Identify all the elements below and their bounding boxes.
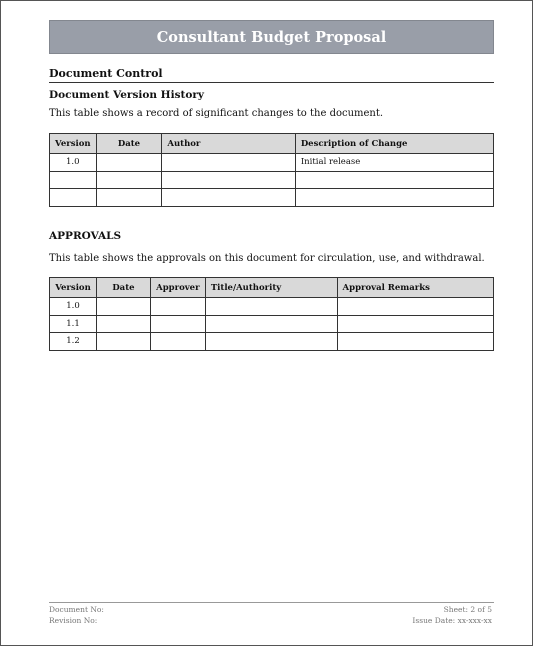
version-cell[interactable]: 1.0 <box>50 154 97 172</box>
date-cell[interactable] <box>96 315 150 333</box>
table-header-row: Version Date Author Description of Chang… <box>50 134 494 154</box>
approval-remarks-cell[interactable] <box>337 315 493 333</box>
version-cell[interactable]: 1.2 <box>50 333 97 351</box>
column-header: Date <box>96 278 150 298</box>
column-header: Author <box>162 134 295 154</box>
approvals-heading: APPROVALS <box>49 230 121 242</box>
table-row: 1.1 <box>50 315 494 333</box>
approval-remarks-cell[interactable] <box>337 298 493 316</box>
description-cell[interactable] <box>295 189 493 207</box>
column-header: Approver <box>150 278 205 298</box>
table-row: 1.0 Initial release <box>50 154 494 172</box>
date-cell[interactable] <box>96 171 162 189</box>
approver-cell[interactable] <box>150 333 205 351</box>
version-cell[interactable] <box>50 189 97 207</box>
title-authority-cell[interactable] <box>205 298 337 316</box>
column-header: Approval Remarks <box>337 278 493 298</box>
section-divider <box>49 82 494 83</box>
author-cell[interactable] <box>162 154 295 172</box>
table-row: 1.2 <box>50 333 494 351</box>
approval-remarks-cell[interactable] <box>337 333 493 351</box>
date-cell[interactable] <box>96 189 162 207</box>
table-row <box>50 189 494 207</box>
description-cell[interactable]: Initial release <box>295 154 493 172</box>
title-authority-cell[interactable] <box>205 333 337 351</box>
author-cell[interactable] <box>162 171 295 189</box>
column-header: Version <box>50 278 97 298</box>
author-cell[interactable] <box>162 189 295 207</box>
document-page: Consultant Budget Proposal Document Cont… <box>0 0 533 646</box>
description-cell[interactable] <box>295 171 493 189</box>
table-row: 1.0 <box>50 298 494 316</box>
title-banner: Consultant Budget Proposal <box>49 20 494 54</box>
document-number-label: Document No: <box>49 604 104 615</box>
version-cell[interactable] <box>50 171 97 189</box>
version-history-heading: Document Version History <box>49 89 204 101</box>
approvals-table: Version Date Approver Title/Authority Ap… <box>49 277 494 351</box>
table-row <box>50 171 494 189</box>
approvals-description: This table shows the approvals on this d… <box>49 253 485 264</box>
column-header: Date <box>96 134 162 154</box>
version-cell[interactable]: 1.0 <box>50 298 97 316</box>
column-header: Version <box>50 134 97 154</box>
approver-cell[interactable] <box>150 298 205 316</box>
approver-cell[interactable] <box>150 315 205 333</box>
footer-right: Sheet: 2 of 5 Issue Date: xx-xxx-xx <box>412 604 492 626</box>
column-header: Description of Change <box>295 134 493 154</box>
table-header-row: Version Date Approver Title/Authority Ap… <box>50 278 494 298</box>
date-cell[interactable] <box>96 298 150 316</box>
title-authority-cell[interactable] <box>205 315 337 333</box>
section-heading: Document Control <box>49 67 163 80</box>
footer-divider <box>49 602 494 603</box>
issue-date: Issue Date: xx-xxx-xx <box>412 615 492 626</box>
revision-number-label: Revision No: <box>49 615 104 626</box>
date-cell[interactable] <box>96 333 150 351</box>
version-history-description: This table shows a record of significant… <box>49 108 383 119</box>
column-header: Title/Authority <box>205 278 337 298</box>
version-history-table: Version Date Author Description of Chang… <box>49 133 494 207</box>
version-cell[interactable]: 1.1 <box>50 315 97 333</box>
date-cell[interactable] <box>96 154 162 172</box>
footer-left: Document No: Revision No: <box>49 604 104 626</box>
sheet-number: Sheet: 2 of 5 <box>412 604 492 615</box>
document-title: Consultant Budget Proposal <box>157 29 387 46</box>
